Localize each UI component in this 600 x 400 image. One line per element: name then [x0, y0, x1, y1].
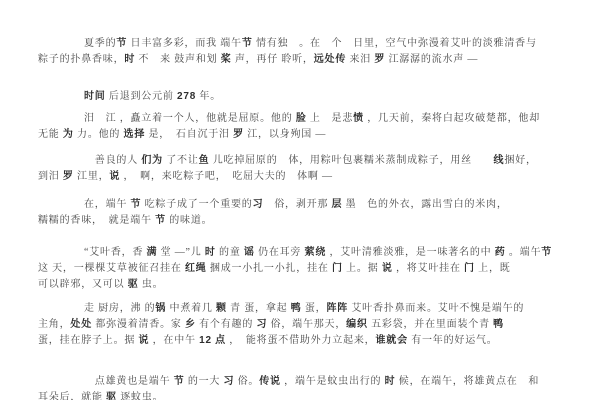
- text-run: 了不让: [163, 155, 199, 166]
- text-run: 上。据: [343, 263, 382, 274]
- text-run: 堂 —”儿: [157, 247, 205, 258]
- text-line: 走 厨房，沸 的锅 中煮着几 颗 青 蛋，拿起 鸭 蛋，阵阵 艾叶香扑鼻而来。艾…: [38, 301, 572, 317]
- text-run: 后退到公元前: [106, 91, 177, 102]
- text-run: 有个有趣的: [196, 319, 257, 330]
- text-run: 都弥漫着清香。家: [92, 319, 185, 330]
- text-run: 捆好，: [504, 155, 536, 166]
- paragraph: 夏季的节 日丰富多彩，而我 端午节 情有独 。在 个 日里，空气中弥漫着艾叶的淡…: [38, 36, 572, 68]
- emphasized-text-run: 鱼: [199, 155, 210, 166]
- text-run: 俗。: [234, 376, 259, 387]
- text-line: 时间 后退到公元前 278 年。: [38, 89, 572, 105]
- emphasized-text-run: 278: [177, 91, 196, 102]
- emphasized-text-run: 12: [199, 335, 212, 346]
- text-run: ，端午是蚊虫出行的: [281, 376, 385, 387]
- text-run: 中煮着几: [166, 303, 216, 314]
- text-run: 年。: [196, 91, 221, 102]
- emphasized-text-run: 节: [242, 38, 253, 49]
- emphasized-text-run: 红绳: [185, 263, 207, 274]
- text-line: 主角，处处 都弥漫着清香。家 乡 有个有趣的 习 俗，端午那天，编织 五彩袋，并…: [38, 317, 572, 333]
- emphasized-text-run: 门: [332, 263, 343, 274]
- text-line: 无能 为 力。他的 选择 是， 石自沉于汨 罗 江，以身殉国 —: [38, 127, 572, 143]
- text-run: 端午: [220, 38, 242, 49]
- text-run: 日丰富多彩，而我: [127, 38, 220, 49]
- text-run: 可以辟邪，又可以: [38, 279, 128, 290]
- paragraph: 点雄黄也是端午 节 的一大 习 俗。传说 ，端午是蚊虫出行的 时 候，在端午，将…: [38, 374, 572, 400]
- text-run: 俗，剥开那: [263, 199, 331, 210]
- paragraph: 走 厨房，沸 的锅 中煮着几 颗 青 蛋，拿起 鸭 蛋，阵阵 艾叶香扑鼻而来。艾…: [38, 301, 572, 349]
- emphasized-text-run: 传说: [259, 376, 281, 387]
- text-run: 无能: [38, 129, 63, 140]
- paragraph: 时间 后退到公元前 278 年。: [38, 89, 572, 105]
- emphasized-text-run: 为: [63, 129, 74, 140]
- emphasized-text-run: 说: [109, 171, 120, 182]
- text-line: 粽子的扑鼻香味，时 不 来 鼓声和划 桨 声，再仔 聆听，远处传 来汨 罗 江潺…: [38, 52, 572, 68]
- emphasized-text-run: 愤: [353, 113, 364, 124]
- text-run: 声，再仔 聆听，: [232, 54, 314, 65]
- emphasized-text-run: 鸭: [291, 303, 302, 314]
- essay-body: 夏季的节 日丰富多彩，而我 端午节 情有独 。在 个 日里，空气中弥漫着艾叶的淡…: [38, 36, 572, 400]
- emphasized-text-run: 节: [116, 38, 127, 49]
- text-run: 汨 江 ，矗立着一个人，他就是屈原。他的: [84, 113, 296, 124]
- text-run: 蛋，挂在脖子上。据: [38, 335, 139, 346]
- emphasized-text-run: 阵阵: [326, 303, 348, 314]
- text-line: 可以辟邪，又可以 驱 虫。: [38, 277, 572, 293]
- text-line: 蛋，挂在脖子上。据 说 ，在中午 12 点 ， 能将蛋不借助外力立起来，谁就会 …: [38, 333, 572, 349]
- text-run: 江潺潺的流水声 —: [385, 54, 478, 65]
- text-run: 仍在耳旁: [255, 247, 305, 258]
- emphasized-text-run: 驱: [128, 279, 139, 290]
- emphasized-text-run: 罗: [233, 129, 244, 140]
- text-run: ，在中午: [149, 335, 199, 346]
- text-run: ，艾叶清雅淡雅，是一味著名的中: [326, 247, 495, 258]
- text-run: 上 是悲: [307, 113, 354, 124]
- text-run: ， 啊，来吃粽子吧， 吃屈大夫的 体啊 —: [120, 171, 333, 182]
- emphasized-text-run: 习: [256, 319, 267, 330]
- text-run: 夏季的: [84, 38, 116, 49]
- text-run: 墨 色的外衣，露出雪白的米肉，: [342, 199, 507, 210]
- text-run: 艾叶香扑鼻而来。艾叶不愧是端午的: [348, 303, 524, 314]
- emphasized-text-run: 说: [139, 335, 150, 346]
- emphasized-text-run: 们为: [141, 155, 163, 166]
- emphasized-text-run: 点: [215, 335, 226, 346]
- emphasized-text-run: 时: [124, 54, 135, 65]
- text-line: 夏季的节 日丰富多彩，而我 端午节 情有独 。在 个 日里，空气中弥漫着艾叶的淡…: [38, 36, 572, 52]
- text-run: 五彩袋，并在里面装个青: [368, 319, 493, 330]
- text-line: “艾叶香，香 满 堂 —”儿 时 的童 谣 仍在耳旁 萦绕 ，艾叶清雅淡雅，是一…: [38, 245, 572, 261]
- emphasized-text-run: 时: [385, 376, 396, 387]
- text-run: 俗，端午那天，: [267, 319, 346, 330]
- text-run: 到汨: [38, 171, 63, 182]
- emphasized-text-run: 时: [205, 247, 216, 258]
- emphasized-text-run: 门: [464, 263, 475, 274]
- text-run: ， 能将蛋不借助外力立起来，: [226, 335, 376, 346]
- text-run: 上，既: [475, 263, 511, 274]
- emphasized-text-run: 习: [253, 199, 264, 210]
- emphasized-text-run: 乡: [185, 319, 196, 330]
- text-run: 情有独 。在 个 日里，空气中弥漫着艾叶的淡雅清香与: [253, 38, 537, 49]
- emphasized-text-run: 线: [494, 155, 505, 166]
- text-line: 点雄黄也是端午 节 的一大 习 俗。传说 ，端午是蚊虫出行的 时 候，在端午，将…: [38, 374, 572, 390]
- emphasized-text-run: 药: [495, 247, 506, 258]
- text-run: 来汨: [346, 54, 374, 65]
- emphasized-text-run: 选择: [124, 129, 146, 140]
- text-run: 青 蛋，拿起: [227, 303, 291, 314]
- text-run: 逐蚊虫。: [117, 392, 164, 400]
- text-run: “艾叶香，香: [84, 247, 147, 258]
- text-run: ，将艾叶挂在: [393, 263, 464, 274]
- emphasized-text-run: 萦绕: [305, 247, 327, 258]
- text-run: 捆成一小扎一小扎，挂在: [207, 263, 332, 274]
- emphasized-text-run: 罗: [374, 54, 385, 65]
- text-line: 汨 江 ，矗立着一个人，他就是屈原。他的 脸 上 是悲愤 ，几天前，秦将白起攻破…: [38, 111, 572, 127]
- text-run: 。端午: [506, 247, 542, 258]
- text-run: 力。他的: [74, 129, 124, 140]
- emphasized-text-run: 节: [155, 215, 166, 226]
- text-run: 吃粽子成了一个重要的: [141, 199, 252, 210]
- text-run: 这 天，一棵棵艾草被征召挂在: [38, 263, 185, 274]
- text-run: 候，在端午，将雄黄点在 和: [395, 376, 539, 387]
- paragraph: 汨 江 ，矗立着一个人，他就是屈原。他的 脸 上 是悲愤 ，几天前，秦将白起攻破…: [38, 111, 572, 143]
- text-run: 的味道。: [166, 215, 213, 226]
- emphasized-text-run: 远处传: [314, 54, 346, 65]
- text-run: 主角，: [38, 319, 70, 330]
- text-run: 耳朵后，就能: [38, 392, 106, 400]
- emphasized-text-run: 满: [147, 247, 158, 258]
- emphasized-text-run: 鸭: [493, 319, 504, 330]
- text-line: 到汨 罗 江里，说 ， 啊，来吃粽子吧， 吃屈大夫的 体啊 —: [38, 169, 572, 185]
- text-line: 这 天，一棵棵艾草被征召挂在 红绳 捆成一小扎一小扎，挂在 门 上。据 说 ，将…: [38, 261, 572, 277]
- emphasized-text-run: 桨: [221, 54, 232, 65]
- text-line: 善良的人 们为 了不让鱼 儿吃掉屈原的 体，用粽叶包裹糯米蒸制成粽子，用丝 线捆…: [38, 153, 572, 169]
- emphasized-text-run: 习: [224, 376, 235, 387]
- emphasized-text-run: 脸: [296, 113, 307, 124]
- emphasized-text-run: 说: [382, 263, 393, 274]
- text-run: 粽子的扑鼻香味，: [38, 54, 124, 65]
- text-run: 善良的人: [84, 155, 141, 166]
- text-run: 的一大: [185, 376, 224, 387]
- text-run: 不 来 鼓声和划: [135, 54, 221, 65]
- text-run: 有一年的好运气。: [408, 335, 498, 346]
- paragraph: 善良的人 们为 了不让鱼 儿吃掉屈原的 体，用粽叶包裹糯米蒸制成粽子，用丝 线捆…: [38, 153, 572, 185]
- text-run: 蛋，: [302, 303, 327, 314]
- emphasized-text-run: 颗: [216, 303, 227, 314]
- emphasized-text-run: 编织: [346, 319, 368, 330]
- emphasized-text-run: 时间: [84, 91, 106, 102]
- text-run: 走 厨房，沸 的: [84, 303, 155, 314]
- emphasized-text-run: 谣: [244, 247, 255, 258]
- text-line: 耳朵后，就能 驱 逐蚊虫。: [38, 390, 572, 400]
- text-run: 江，以身殉国 —: [244, 129, 326, 140]
- text-run: ，几天前，秦将白起攻破楚都，他却: [364, 113, 540, 124]
- text-run: 儿吃掉屈原的 体，用粽叶包裹糯米蒸制成粽子，用丝: [209, 155, 493, 166]
- emphasized-text-run: 节: [541, 247, 552, 258]
- document-page: 夏季的节 日丰富多彩，而我 端午节 情有独 。在 个 日里，空气中弥漫着艾叶的淡…: [0, 0, 600, 400]
- emphasized-text-run: 驱: [106, 392, 117, 400]
- text-run: 江里，: [74, 171, 110, 182]
- emphasized-text-run: 层: [332, 199, 343, 210]
- text-line: 在，端午 节 吃粽子成了一个重要的习 俗，剥开那 层 墨 色的外衣，露出雪白的米…: [38, 197, 572, 213]
- text-run: 是， 石自沉于汨: [145, 129, 233, 140]
- text-run: 在，端午: [84, 199, 131, 210]
- text-run: 糯糯的香味， 就是端午: [38, 215, 155, 226]
- text-run: 点雄黄也是端午: [84, 376, 174, 387]
- emphasized-text-run: 节: [131, 199, 142, 210]
- emphasized-text-run: 罗: [63, 171, 74, 182]
- text-run: 虫。: [139, 279, 164, 290]
- emphasized-text-run: 节: [174, 376, 185, 387]
- emphasized-text-run: 处处: [70, 319, 92, 330]
- text-line: 糯糯的香味， 就是端午 节 的味道。: [38, 213, 572, 229]
- paragraph: “艾叶香，香 满 堂 —”儿 时 的童 谣 仍在耳旁 萦绕 ，艾叶清雅淡雅，是一…: [38, 245, 572, 293]
- text-run: 的童: [216, 247, 244, 258]
- paragraph: 在，端午 节 吃粽子成了一个重要的习 俗，剥开那 层 墨 色的外衣，露出雪白的米…: [38, 197, 572, 229]
- emphasized-text-run: 锅: [155, 303, 166, 314]
- emphasized-text-run: 谁就会: [375, 335, 407, 346]
